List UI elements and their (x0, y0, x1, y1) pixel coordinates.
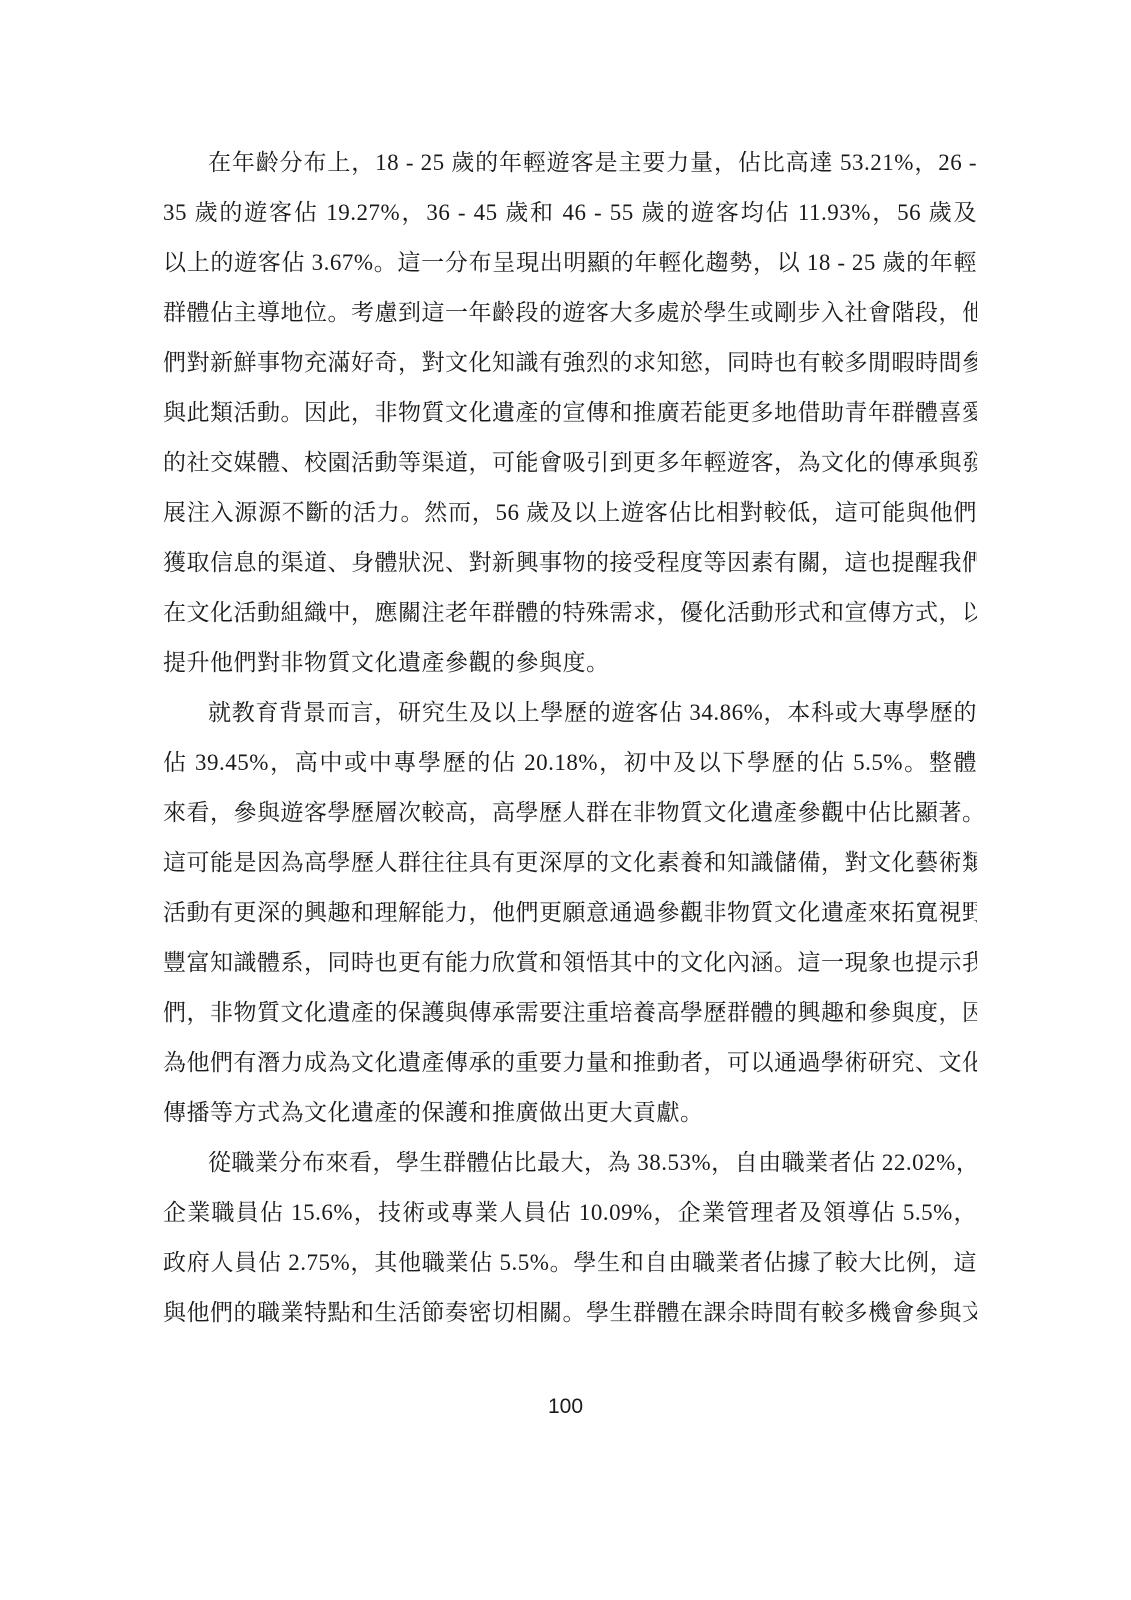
text-line: 群體佔主導地位。考慮到這一年齡段的遊客大多處於學生或剛步入社會階段，他 (163, 288, 977, 338)
text-line: 獲取信息的渠道、身體狀況、對新興事物的接受程度等因素有關，這也提醒我們 (163, 538, 977, 588)
text-line: 展注入源源不斷的活力。然而，56 歲及以上遊客佔比相對較低，這可能與他們 (163, 488, 977, 538)
text-line: 政府人員佔 2.75%，其他職業佔 5.5%。學生和自由職業者佔據了較大比例，這 (163, 1238, 977, 1288)
text-line: 就教育背景而言，研究生及以上學歷的遊客佔 34.86%，本科或大專學歷的 (163, 688, 977, 738)
text-line: 們，非物質文化遺產的保護與傳承需要注重培養高學歷群體的興趣和參與度，因 (163, 988, 977, 1038)
text-line: 豐富知識體系，同時也更有能力欣賞和領悟其中的文化內涵。這一現象也提示我 (163, 938, 977, 988)
page-number: 100 (0, 1392, 1131, 1422)
text-line: 35 歲的遊客佔 19.27%，36 - 45 歲和 46 - 55 歲的遊客均… (163, 188, 977, 238)
text-line: 傳播等方式為文化遺產的保護和推廣做出更大貢獻。 (163, 1088, 977, 1138)
text-line: 以上的遊客佔 3.67%。這一分布呈現出明顯的年輕化趨勢，以 18 - 25 歲… (163, 238, 977, 288)
text-line: 在年齡分布上，18 - 25 歲的年輕遊客是主要力量，佔比高達 53.21%，2… (163, 138, 977, 188)
text-line: 與他們的職業特點和生活節奏密切相關。學生群體在課余時間有較多機會參與文 (163, 1288, 977, 1338)
text-line: 來看，參與遊客學歷層次較高，高學歷人群在非物質文化遺產參觀中佔比顯著。 (163, 788, 977, 838)
text-line: 活動有更深的興趣和理解能力，他們更願意通過參觀非物質文化遺產來拓寬視野、 (163, 888, 977, 938)
text-line: 的社交媒體、校園活動等渠道，可能會吸引到更多年輕遊客，為文化的傳承與發 (163, 438, 977, 488)
text-line: 為他們有潛力成為文化遺產傳承的重要力量和推動者，可以通過學術研究、文化 (163, 1038, 977, 1088)
text-line: 在文化活動組織中，應關注老年群體的特殊需求，優化活動形式和宣傳方式，以 (163, 588, 977, 638)
text-block: 在年齡分布上，18 - 25 歲的年輕遊客是主要力量，佔比高達 53.21%，2… (163, 138, 977, 1338)
document-page: 在年齡分布上，18 - 25 歲的年輕遊客是主要力量，佔比高達 53.21%，2… (0, 0, 1131, 1600)
text-line: 提升他們對非物質文化遺產參觀的參與度。 (163, 638, 977, 688)
text-line: 佔 39.45%，高中或中專學歷的佔 20.18%，初中及以下學歷的佔 5.5%… (163, 738, 977, 788)
text-line: 們對新鮮事物充滿好奇，對文化知識有強烈的求知慾，同時也有較多閒暇時間參 (163, 338, 977, 388)
text-line: 企業職員佔 15.6%，技術或專業人員佔 10.09%，企業管理者及領導佔 5.… (163, 1188, 977, 1238)
text-line: 與此類活動。因此，非物質文化遺產的宣傳和推廣若能更多地借助青年群體喜愛 (163, 388, 977, 438)
text-line: 從職業分布來看，學生群體佔比最大，為 38.53%，自由職業者佔 22.02%， (163, 1138, 977, 1188)
text-line: 這可能是因為高學歷人群往往具有更深厚的文化素養和知識儲備，對文化藝術類 (163, 838, 977, 888)
